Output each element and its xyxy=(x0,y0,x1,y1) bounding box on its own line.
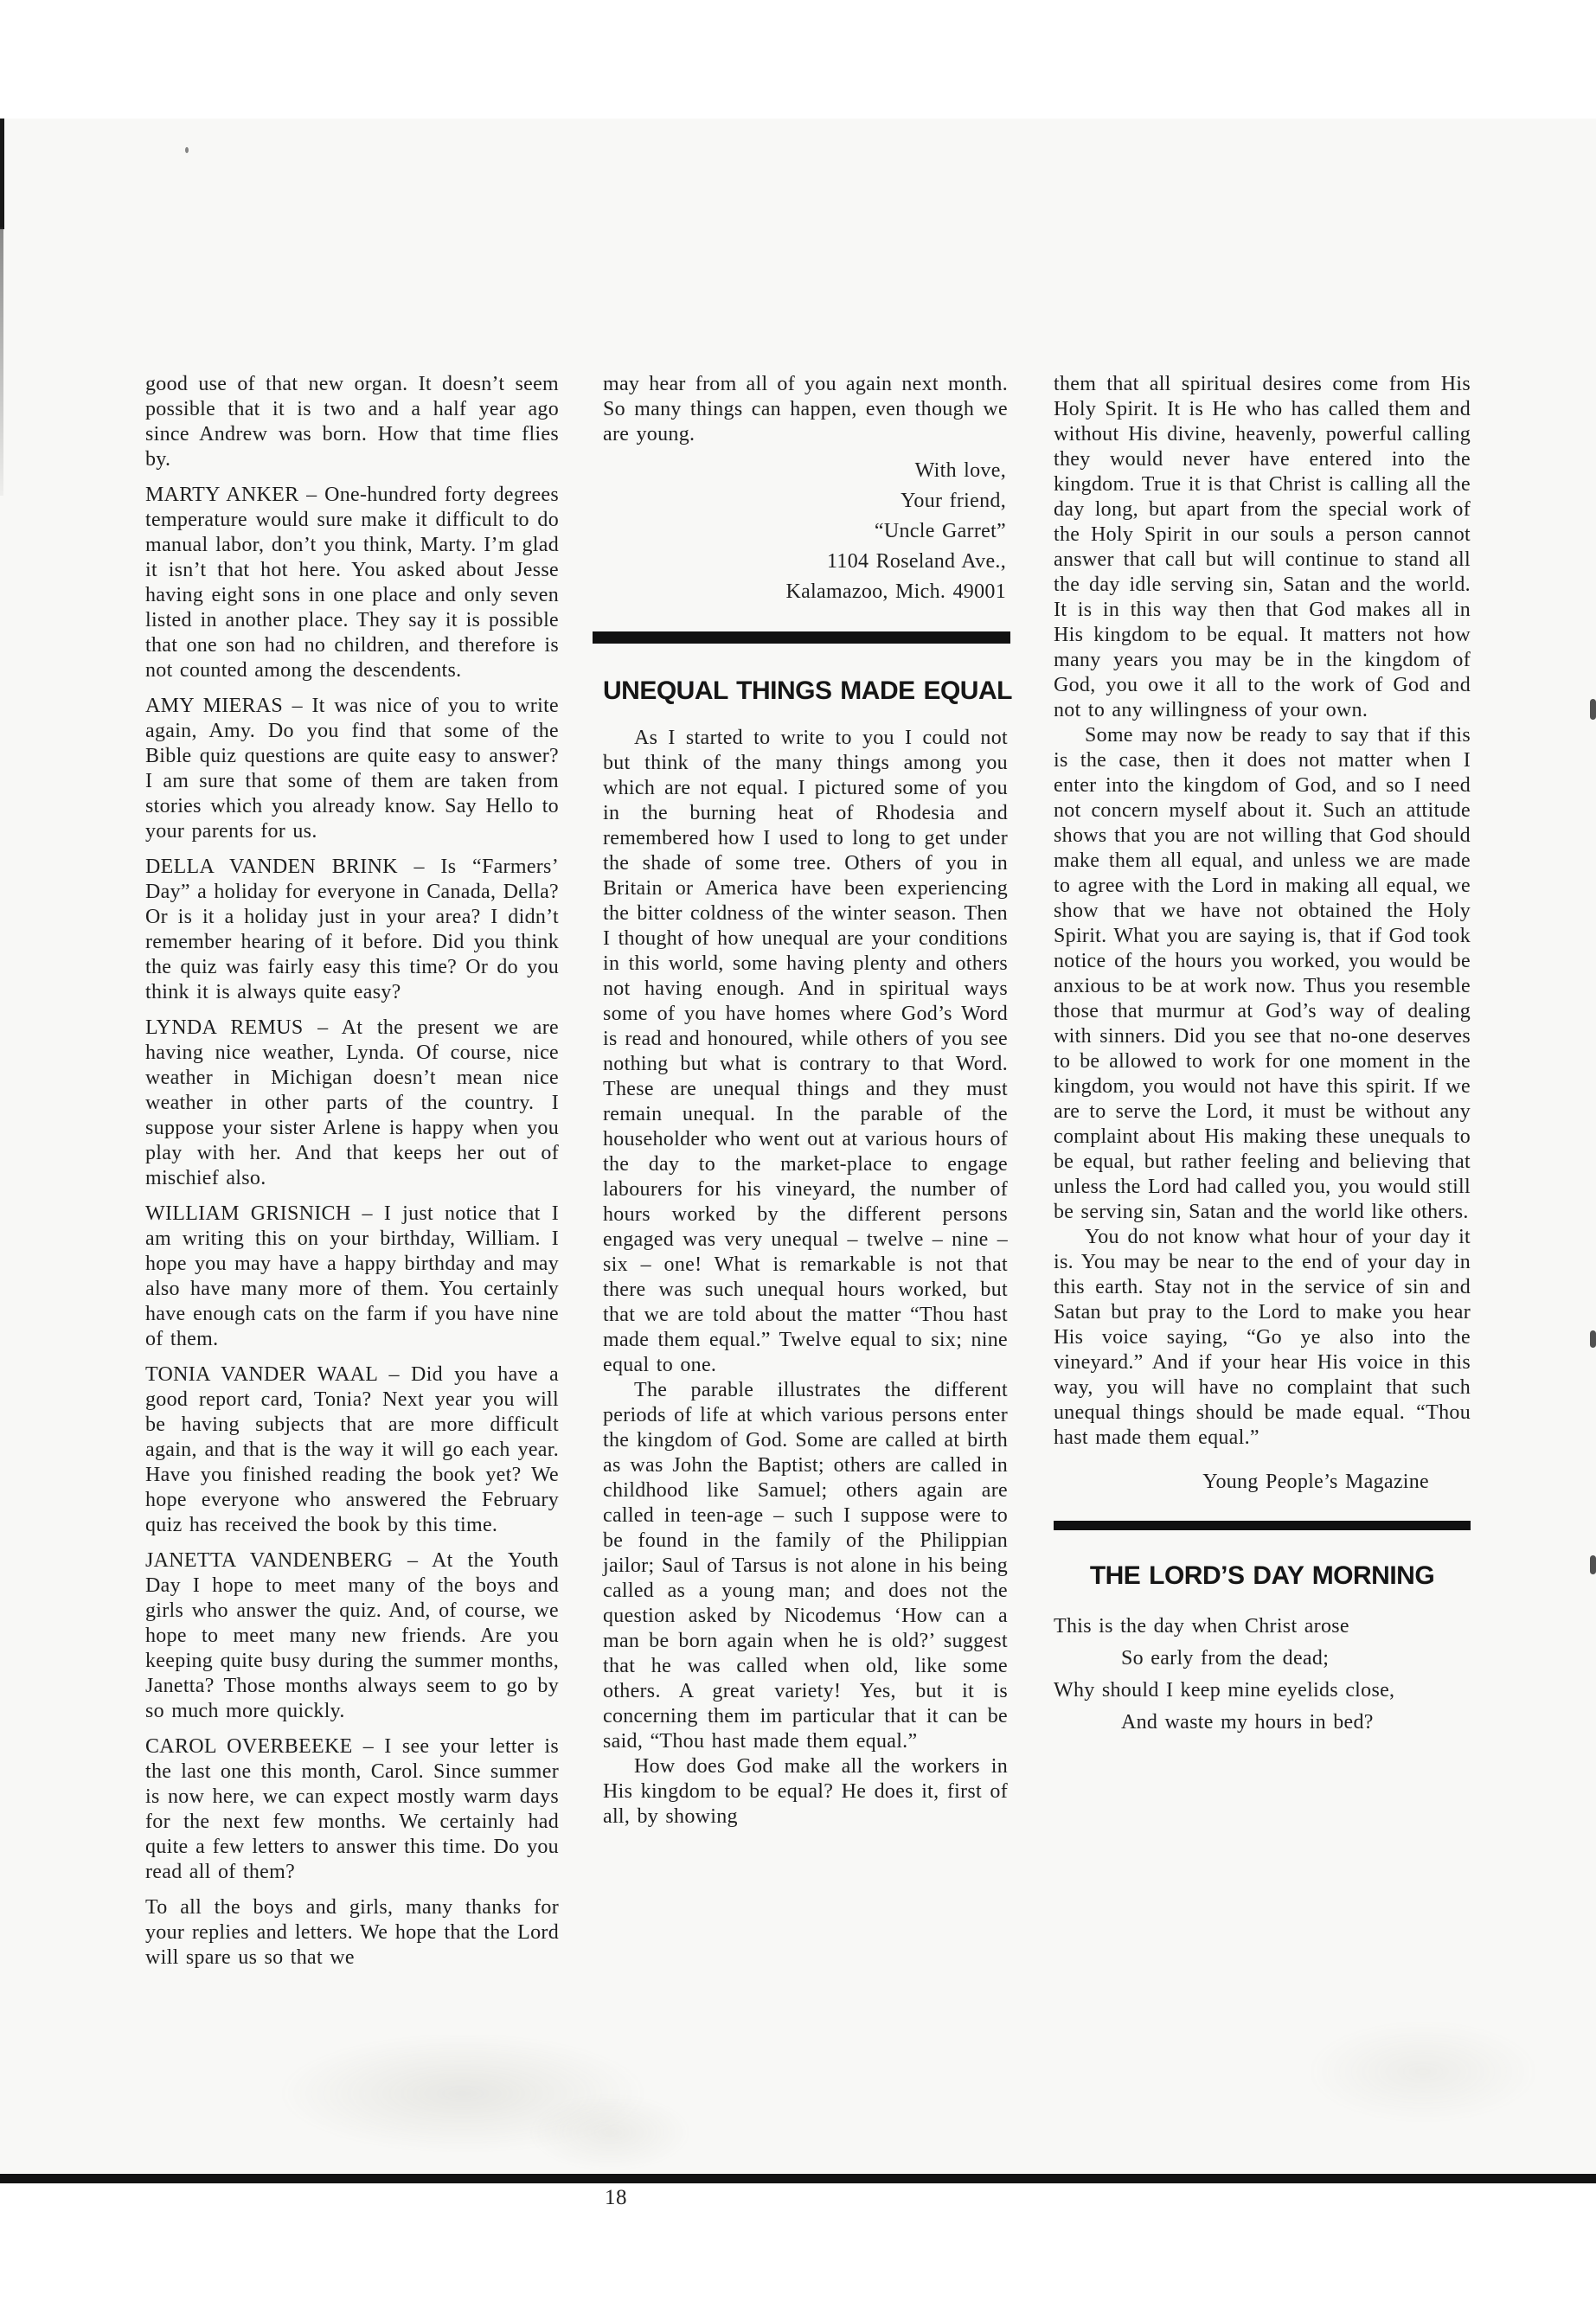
article-paragraph: The parable illustrates the different pe… xyxy=(603,1378,1008,1754)
poem-line: So early from the dead; xyxy=(1054,1643,1471,1675)
letter-reply-lynda: LYNDA REMUS – At the present we are havi… xyxy=(145,1016,559,1191)
letter-reply-carol: CAROL OVERBEEKE – I see your letter is t… xyxy=(145,1734,559,1885)
column-middle: may hear from all of you again next mont… xyxy=(603,372,1008,1830)
scan-edge-mark xyxy=(1590,1330,1596,1348)
scan-edge-artifact xyxy=(0,119,4,229)
article-paragraph: As I started to write to you I could not… xyxy=(603,726,1008,1378)
article-attribution: Young People’s Magazine xyxy=(1054,1470,1429,1495)
closing-paragraph: To all the boys and girls, many thanks f… xyxy=(145,1895,559,1971)
scan-edge-mark xyxy=(1590,1555,1596,1574)
signature-line: With love, xyxy=(603,456,1006,486)
poem: This is the day when Christ arose So ear… xyxy=(1054,1611,1471,1739)
letter-reply-amy: AMY MIERAS – It was nice of you to write… xyxy=(145,694,559,844)
signature-line: 1104 Roseland Ave., xyxy=(603,547,1006,577)
letter-reply-janetta: JANETTA VANDENBERG – At the Youth Day I … xyxy=(145,1548,559,1724)
closing-continuation: may hear from all of you again next mont… xyxy=(603,372,1008,447)
signature-line: Your friend, xyxy=(603,486,1006,516)
scanned-page: good use of that new organ. It doesn’t s… xyxy=(0,119,1596,2174)
letter-reply-william: WILLIAM GRISNICH – I just notice that I … xyxy=(145,1202,559,1352)
poem-line: This is the day when Christ arose xyxy=(1054,1611,1471,1643)
scan-bottom-edge xyxy=(0,2174,1596,2183)
page-number: 18 xyxy=(595,2186,637,2210)
poem-line: And waste my hours in bed? xyxy=(1054,1707,1471,1739)
poem-line: Why should I keep mine eyelids close, xyxy=(1054,1675,1471,1707)
article-paragraph-continuation: them that all spiritual desires come fro… xyxy=(1054,372,1471,723)
article-paragraph: Some may now be ready to say that if thi… xyxy=(1054,723,1471,1225)
section-divider xyxy=(1054,1521,1471,1530)
scan-edge-artifact xyxy=(0,228,3,496)
article-paragraph: How does God make all the workers in His… xyxy=(603,1754,1008,1830)
poem-title: THE LORD’S DAY MORNING xyxy=(1054,1563,1471,1588)
letter-reply-tonia: TONIA VANDER WAAL – Did you have a good … xyxy=(145,1362,559,1538)
article-paragraph: You do not know what hour of your day it… xyxy=(1054,1225,1471,1451)
column-left: good use of that new organ. It doesn’t s… xyxy=(145,372,559,1971)
article-title: UNEQUAL THINGS MADE EQUAL xyxy=(603,678,1008,703)
letter-reply-marty: MARTY ANKER – One-hundred forty degrees … xyxy=(145,483,559,683)
letter-reply-della: DELLA VANDEN BRINK – Is “Farmers’ Day” a… xyxy=(145,855,559,1005)
section-divider xyxy=(593,631,1010,644)
scan-edge-mark xyxy=(1590,699,1596,720)
signature-block: With love, Your friend, “Uncle Garret” 1… xyxy=(603,456,1006,607)
paragraph-continuation: good use of that new organ. It doesn’t s… xyxy=(145,372,559,472)
scan-speck xyxy=(185,147,189,153)
signature-line: “Uncle Garret” xyxy=(603,516,1006,547)
column-right: them that all spiritual desires come fro… xyxy=(1054,372,1471,1739)
signature-line: Kalamazoo, Mich. 49001 xyxy=(603,577,1006,607)
